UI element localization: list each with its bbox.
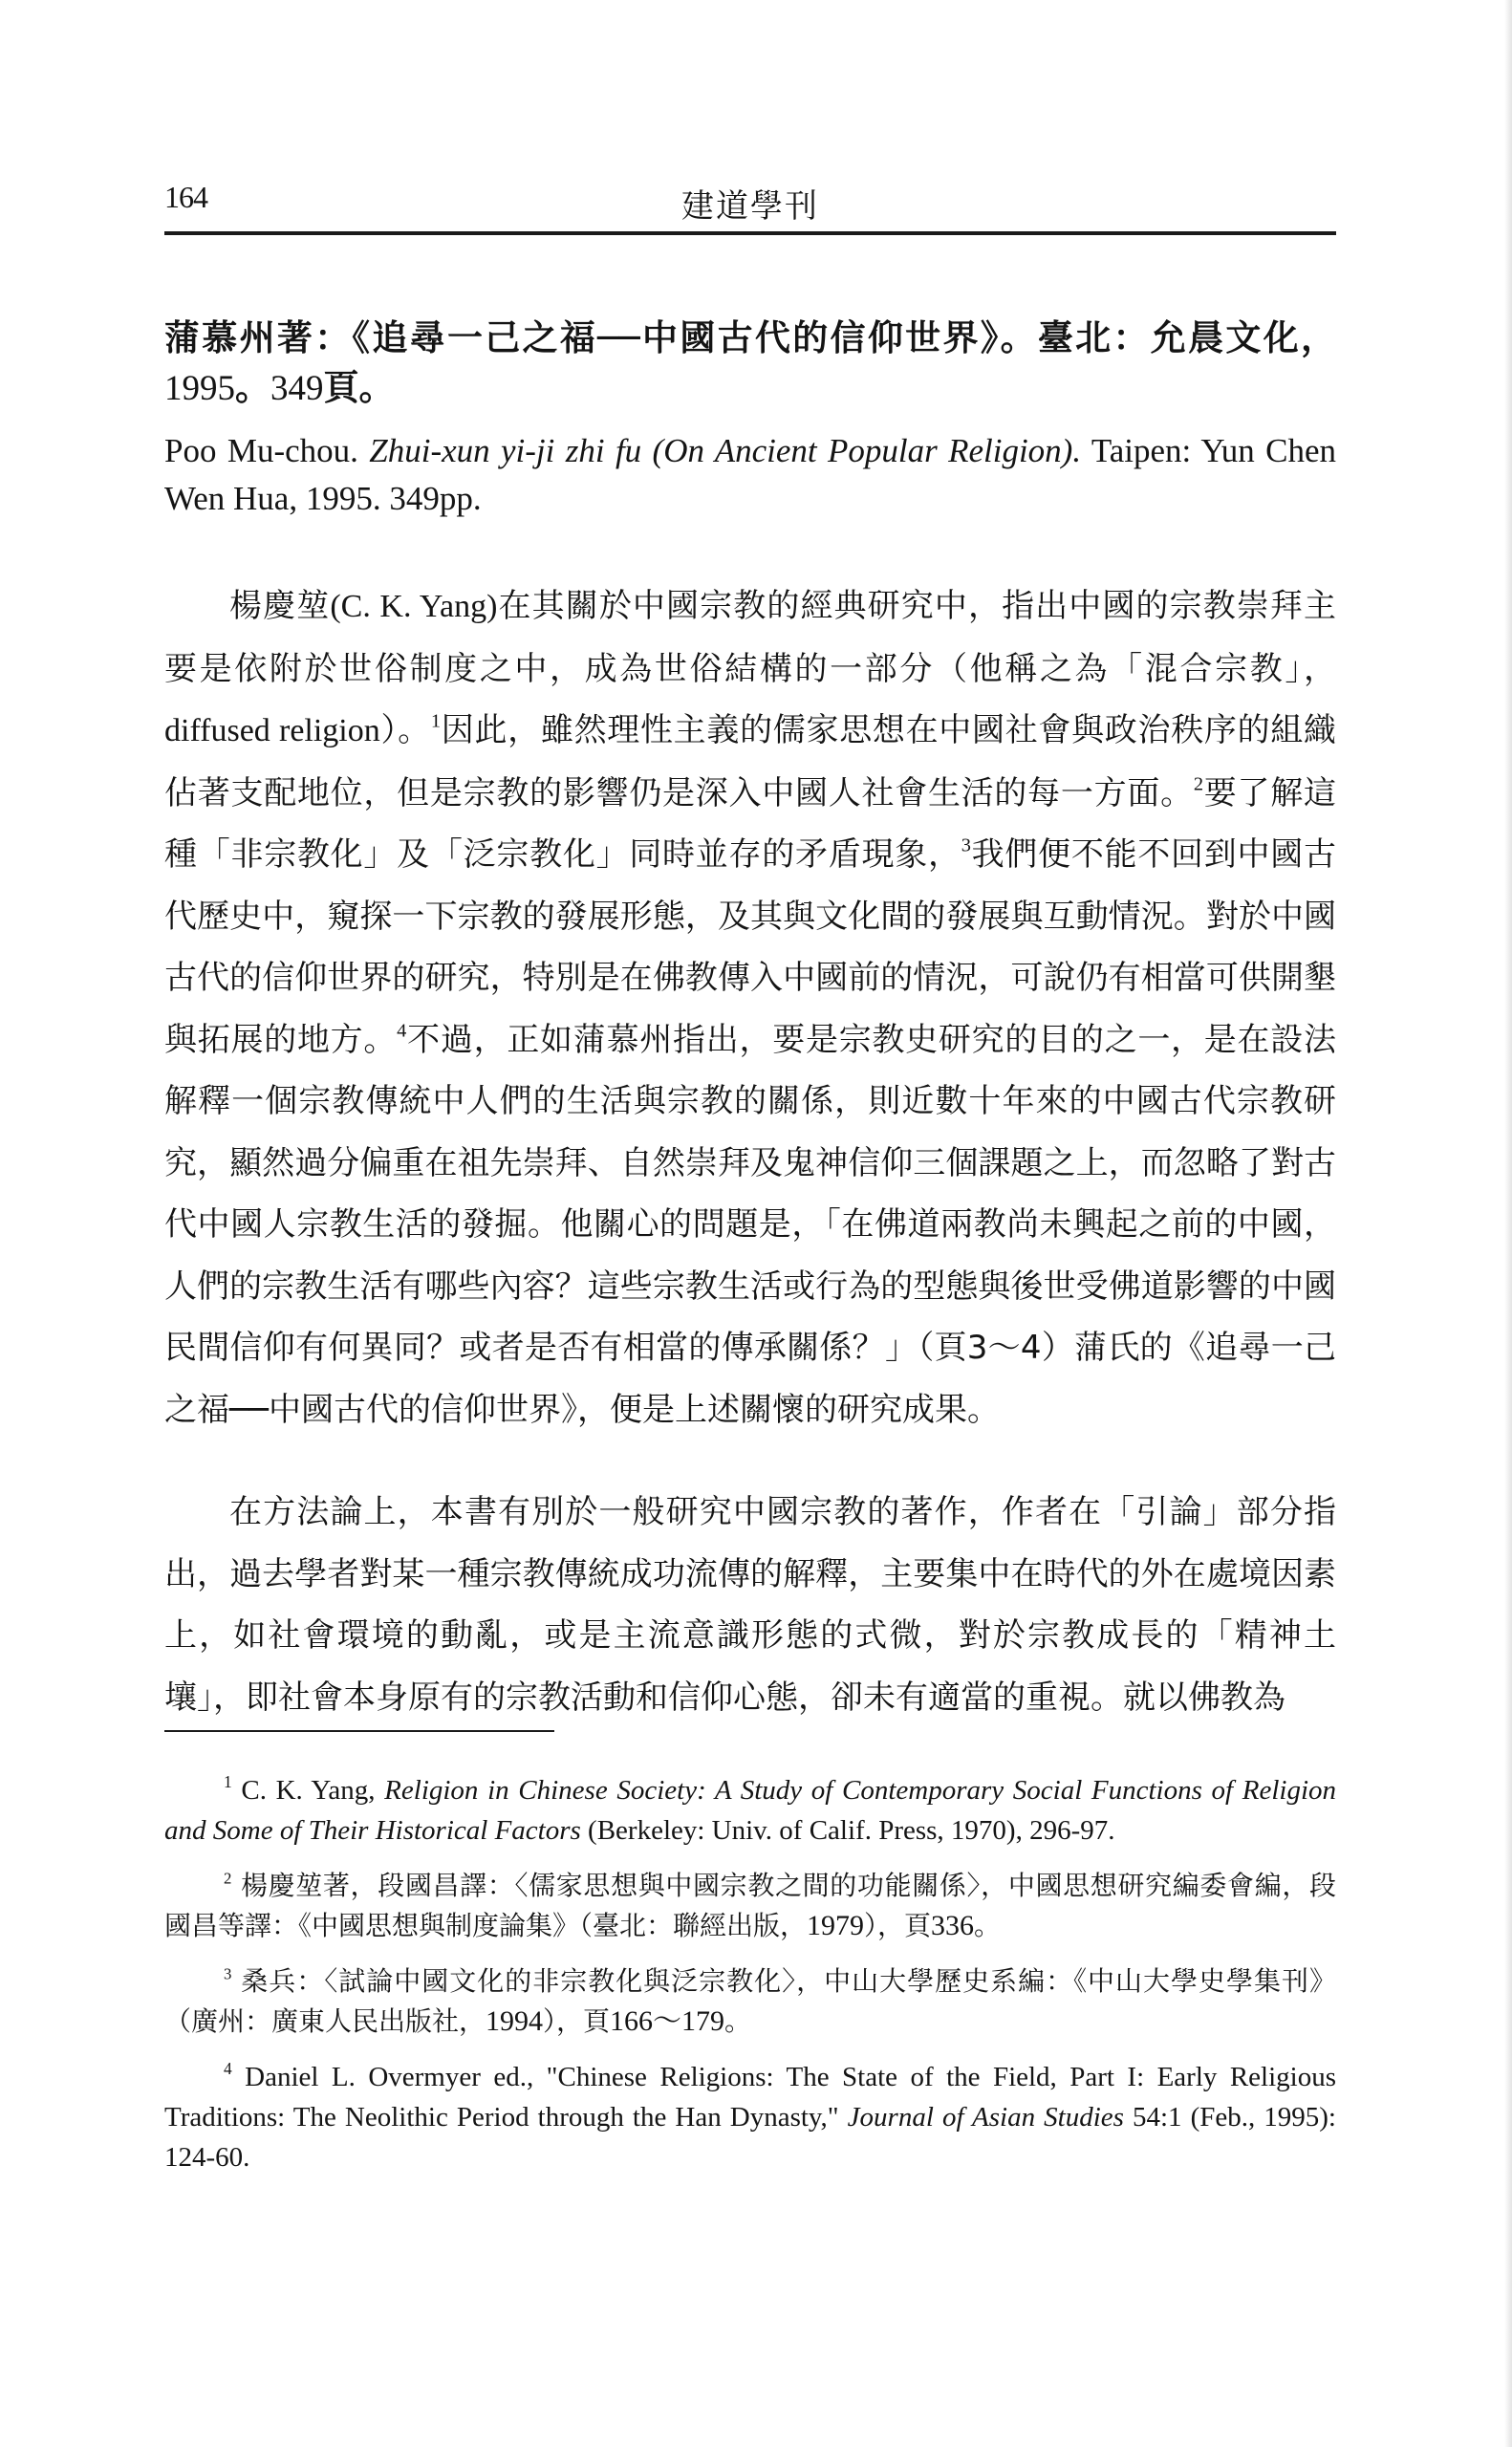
body-paragraph-2: 在方法論上，本書有別於一般研究中國宗教的著作，作者在「引論」部分指出，過去學者對… xyxy=(164,1482,1336,1728)
en-citation-author: Poo Mu-chou. xyxy=(164,432,369,469)
text-run: 336 xyxy=(931,1910,974,1941)
header-rule xyxy=(164,231,1336,235)
text-run: 。 xyxy=(724,2005,751,2037)
citation-pages-suffix: 頁。 xyxy=(324,367,395,408)
footnote-2: 2 楊慶堃著，段國昌譯：〈儒家思想與中國宗教之間的功能關係〉，中國思想研究編委會… xyxy=(164,1866,1336,1946)
citation-pages: 349 xyxy=(270,369,324,408)
english-citation: Poo Mu-chou. Zhui-xun yi-ji zhi fu (On A… xyxy=(164,427,1336,523)
text-run: 不過，正如蒲慕州指出，要是宗教史研究的目的之一，是在設法解釋一個宗教傳統中人們的… xyxy=(164,1021,1336,1429)
text-run: C. K. Yang, xyxy=(241,1775,384,1806)
footnote-ref-2[interactable]: 2 xyxy=(1194,773,1203,794)
text-run: 楊慶堃 xyxy=(229,587,330,625)
footnote-number: 3 xyxy=(224,1964,231,1982)
citation-title: 《追尋一己之福──中國古代的信仰世界》 xyxy=(353,317,1001,358)
footnote-number: 2 xyxy=(224,1869,231,1887)
text-run: diffused religion xyxy=(164,713,380,748)
running-head: 164 建道學刊 xyxy=(164,180,1336,227)
footnote-title: Journal of Asian Studies xyxy=(848,2102,1124,2133)
text-run: ），頁 xyxy=(543,2005,610,2037)
review-header: 蒲慕州著：《追尋一己之福──中國古代的信仰世界》。臺北：允晨文化，1995。34… xyxy=(164,314,1336,523)
text-run: 楊慶堃著，段國昌譯：〈儒家思想與中國宗教之間的功能關係〉，中國思想研究編委會編，… xyxy=(164,1870,1336,1941)
en-citation-title: Zhui-xun yi-ji zhi fu (On Ancient Popula… xyxy=(369,432,1081,469)
footnote-number: 4 xyxy=(224,2059,232,2078)
text-run: 1979 xyxy=(807,1910,864,1941)
text-run: 1994 xyxy=(486,2005,543,2037)
footnote-separator xyxy=(164,1730,554,1732)
citation-author: 蒲慕州著： xyxy=(164,317,353,358)
footnote-ref-1[interactable]: 1 xyxy=(431,711,441,732)
citation-year: 1995 xyxy=(164,369,235,408)
scan-edge-shadow xyxy=(1504,0,1512,2447)
footnote-4: 4 Daniel L. Overmyer ed., "Chinese Relig… xyxy=(164,2057,1336,2177)
text-run: (C. K. Yang) xyxy=(330,589,497,624)
text-run: (Berkeley: Univ. of Calif. Press, 1970),… xyxy=(581,1815,1115,1846)
text-run: 。 xyxy=(974,1910,1001,1941)
citation-publisher: 。臺北：允晨文化， xyxy=(1001,317,1336,358)
footnote-number: 1 xyxy=(224,1772,232,1791)
footnotes: 1 C. K. Yang, Religion in Chinese Societ… xyxy=(164,1770,1336,2193)
citation-sep: 。 xyxy=(235,367,270,408)
footnote-ref-4[interactable]: 4 xyxy=(397,1020,406,1041)
text-run: ），頁 xyxy=(864,1910,931,1941)
footnote-ref-3[interactable]: 3 xyxy=(961,835,971,856)
text-run: 166～179 xyxy=(610,2005,724,2037)
footnote-1: 1 C. K. Yang, Religion in Chinese Societ… xyxy=(164,1770,1336,1851)
chinese-citation: 蒲慕州著：《追尋一己之福──中國古代的信仰世界》。臺北：允晨文化，1995。34… xyxy=(164,314,1336,414)
journal-title: 建道學刊 xyxy=(164,180,1336,227)
body-paragraph-1: 楊慶堃(C. K. Yang)在其關於中國宗教的經典研究中，指出中國的宗教崇拜主… xyxy=(164,575,1336,1440)
text-run: ）。 xyxy=(380,711,431,749)
footnote-3: 3 桑兵：〈試論中國文化的非宗教化與泛宗教化〉，中山大學歷史系編：《中山大學史學… xyxy=(164,1961,1336,2042)
